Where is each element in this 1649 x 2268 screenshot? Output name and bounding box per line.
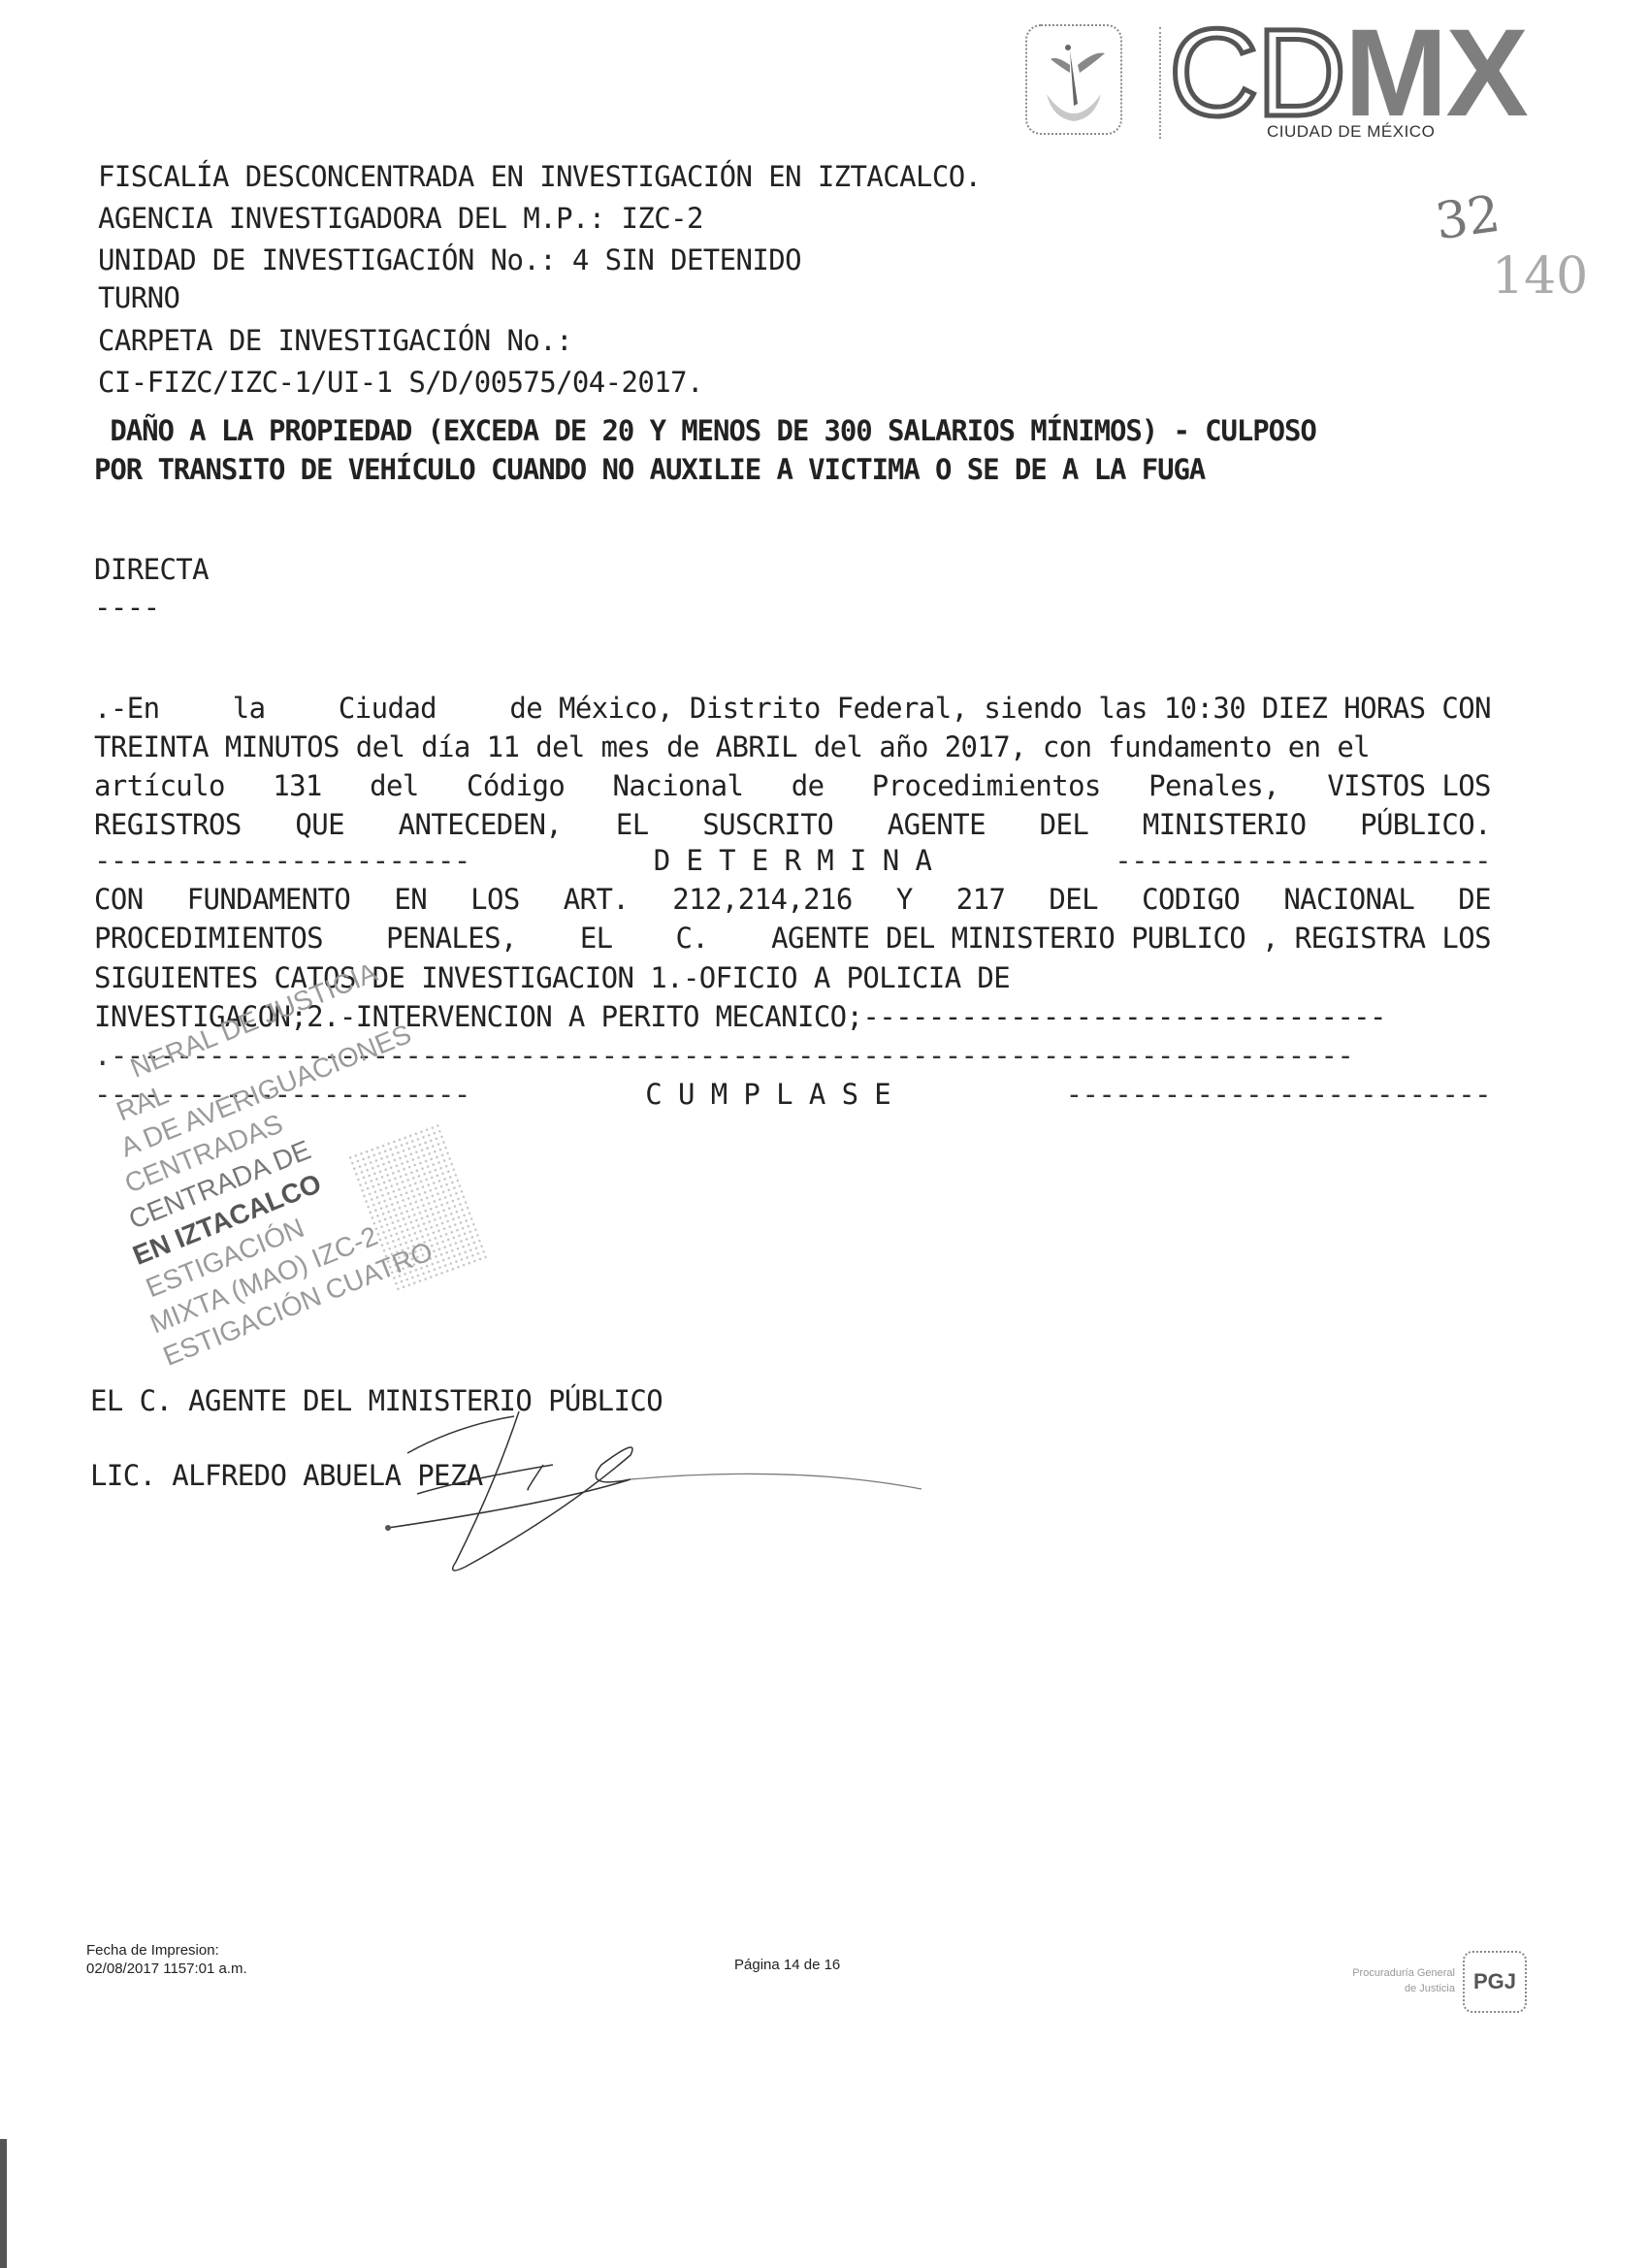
word-group: ART.: [564, 883, 629, 916]
print-date-value: 02/08/2017 1157:01 a.m.: [86, 1960, 247, 1977]
word-group: DEL: [1049, 883, 1098, 916]
cumplase-heading: C U M P L A S E: [645, 1078, 890, 1111]
word-group: NACIONAL: [1283, 883, 1414, 916]
word-group: DE: [1458, 883, 1491, 916]
word-group: QUE: [295, 808, 344, 841]
word-group: C.: [675, 922, 708, 955]
scan-edge-artifact: [0, 2139, 7, 2268]
paragraph-line: CONFUNDAMENTOENLOSART.212,214,216Y217DEL…: [94, 883, 1491, 916]
handwritten-folio-total: 140: [1492, 247, 1588, 306]
header-fiscalia: FISCALÍA DESCONCENTRADA EN INVESTIGACIÓN…: [98, 163, 981, 191]
dash-right: -----------------------: [1115, 844, 1491, 877]
type-label: DIRECTA: [94, 556, 209, 584]
word-group: TREINTA MINUTOS del día 11 del mes de AB…: [94, 730, 1370, 763]
word-group: Penales,: [1148, 769, 1279, 802]
logo-divider: [1159, 27, 1161, 139]
word-group: Ciudad: [339, 692, 436, 725]
word-group: de México, Distrito Federal, siendo las …: [509, 692, 1491, 725]
word-group: PÚBLICO.: [1360, 808, 1491, 841]
handwritten-folio-number: 32: [1432, 185, 1503, 252]
word-group: VISTOS LOS: [1327, 769, 1491, 802]
word-group: ANTECEDEN,: [399, 808, 563, 841]
word-group: MINISTERIO: [1143, 808, 1307, 841]
word-group: SUSCRITO: [702, 808, 833, 841]
header-carpeta-number: CI-FIZC/IZC-1/UI-1 S/D/00575/04-2017.: [98, 369, 703, 397]
word-group: LOS: [470, 883, 520, 916]
handwritten-signature-icon: [310, 1397, 941, 1581]
word-group: Nacional: [613, 769, 744, 802]
cdmx-emblem-icon: [1025, 24, 1122, 135]
header-agencia: AGENCIA INVESTIGADORA DEL M.P.: IZC-2: [98, 205, 703, 233]
word-group: REGISTROS: [94, 808, 242, 841]
word-group: 131: [273, 769, 322, 802]
type-underline: ----: [94, 594, 159, 622]
determina-line: ----------------------- D E T E R M I N …: [94, 844, 1491, 877]
org-name: Procuraduría General de Justicia: [1339, 1965, 1455, 1996]
word-group: 217: [956, 883, 1006, 916]
cdmx-subtitle: CIUDAD DE MÉXICO: [1267, 122, 1435, 142]
org-line1: Procuraduría General: [1339, 1965, 1455, 1981]
header-unidad: UNIDAD DE INVESTIGACIÓN No.: 4 SIN DETEN…: [98, 246, 801, 275]
word-group: EL: [580, 922, 613, 955]
paragraph-line: REGISTROSQUEANTECEDEN,ELSUSCRITOAGENTEDE…: [94, 808, 1491, 841]
word-group: AGENTE: [888, 808, 986, 841]
word-group: de: [792, 769, 824, 802]
paragraph-line: TREINTA MINUTOS del día 11 del mes de AB…: [94, 730, 1491, 763]
word-group: PROCEDIMIENTOS: [94, 922, 323, 955]
word-group: EN: [394, 883, 427, 916]
word-group: artículo: [94, 769, 225, 802]
print-date-label: Fecha de Impresion:: [86, 1942, 219, 1959]
word-group: CODIGO: [1142, 883, 1240, 916]
word-group: DEL: [1040, 808, 1089, 841]
header-delito-cont: POR TRANSITO DE VEHÍCULO CUANDO NO AUXIL…: [94, 456, 1205, 484]
header-carpeta-label: CARPETA DE INVESTIGACIÓN No.:: [98, 327, 572, 355]
word-group: Procedimientos: [872, 769, 1101, 802]
word-group: EL: [616, 808, 649, 841]
word-group: Y: [896, 883, 913, 916]
word-group: SIGUIENTES CATOS DE INVESTIGACION 1.-OFI…: [94, 961, 1010, 994]
determina-heading: D E T E R M I N A: [654, 844, 932, 877]
paragraph-line: .-EnlaCiudadde México, Distrito Federal,…: [94, 692, 1491, 725]
cdmx-wordmark: CDMX: [1169, 6, 1527, 142]
paragraph-line: artículo131delCódigoNacionaldeProcedimie…: [94, 769, 1491, 802]
word-group: FUNDAMENTO: [187, 883, 351, 916]
dash-right: --------------------------: [1066, 1078, 1491, 1111]
word-group: CON: [94, 883, 144, 916]
header-turno: TURNO: [98, 284, 179, 312]
pgj-logo-icon: PGJ: [1463, 1951, 1527, 2013]
word-group: la: [233, 692, 266, 725]
paragraph-line: PROCEDIMIENTOSPENALES,ELC.AGENTE DEL MIN…: [94, 922, 1491, 955]
word-group: Código: [467, 769, 565, 802]
word-group: del: [370, 769, 419, 802]
org-line2: de Justicia: [1339, 1981, 1455, 1996]
word-group: 212,214,216: [672, 883, 852, 916]
dash-left: -----------------------: [94, 844, 470, 877]
word-group: .-En: [94, 692, 159, 725]
page-number: Página 14 de 16: [734, 1957, 840, 1973]
header-delito: DAÑO A LA PROPIEDAD (EXCEDA DE 20 Y MENO…: [94, 417, 1316, 445]
word-group: AGENTE DEL MINISTERIO PUBLICO , REGISTRA…: [771, 922, 1491, 955]
